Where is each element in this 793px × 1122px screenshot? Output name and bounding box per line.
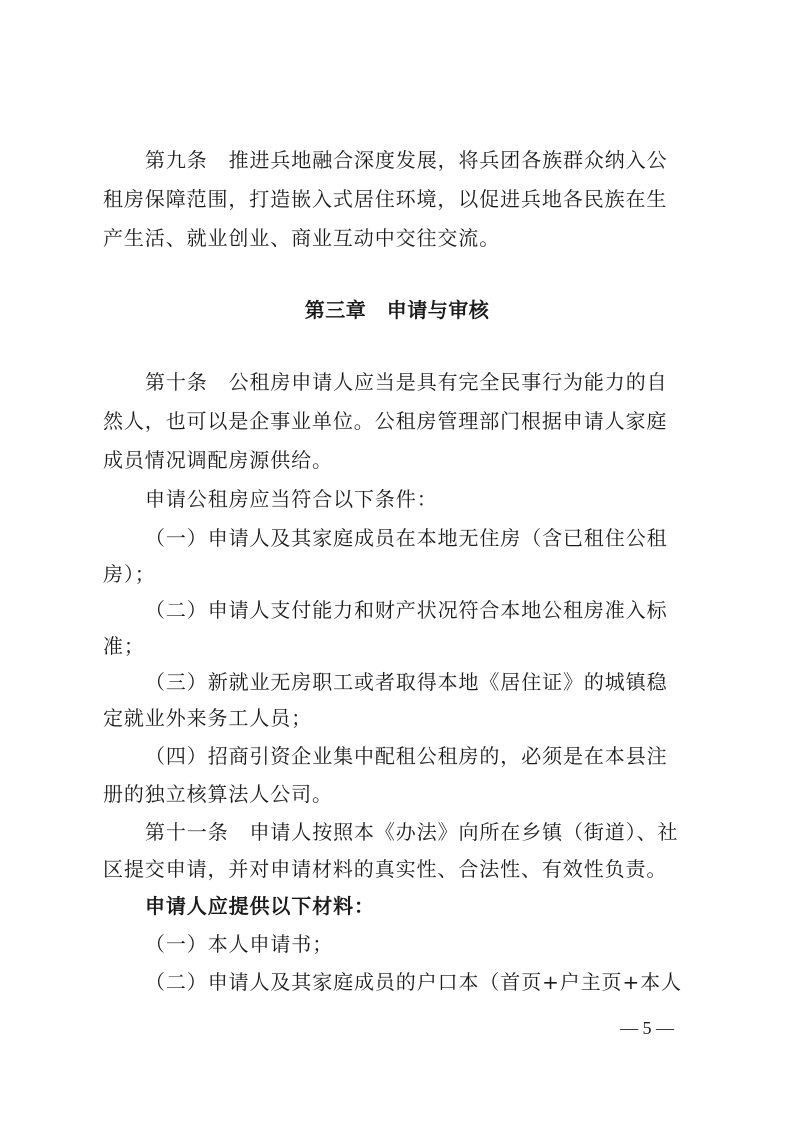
condition-4-line-2: 册的独立核算法人公司。 bbox=[103, 775, 691, 814]
condition-1-line-1: （一）申请人及其家庭成员在本地无住房（含已租住公租 bbox=[103, 519, 733, 558]
condition-3-line-1: （三）新就业无房职工或者取得本地《居住证》的城镇稳 bbox=[103, 663, 733, 702]
page-number: — 5 — bbox=[620, 1018, 674, 1039]
condition-4-line-1: （四）招商引资企业集中配租公租房的，必须是在本县注 bbox=[103, 737, 733, 776]
article-10-line-3: 成员情况调配房源供给。 bbox=[103, 441, 691, 480]
article-11-line-1: 第十一条 申请人按照本《办法》向所在乡镇（街道）、社 bbox=[103, 813, 733, 852]
condition-2-line-1: （二）申请人支付能力和财产状况符合本地公租房准入标 bbox=[103, 591, 733, 630]
article-10-line-1: 第十条 公租房申请人应当是具有完全民事行为能力的自 bbox=[103, 363, 733, 402]
material-2-line-1: （二）申请人及其家庭成员的户口本（首页+户主页+本人 bbox=[103, 963, 733, 1002]
materials-heading: 申请人应提供以下材料： bbox=[103, 887, 733, 926]
material-1: （一）本人申请书； bbox=[103, 925, 733, 964]
article-10-line-2: 然人，也可以是企事业单位。公租房管理部门根据申请人家庭 bbox=[103, 402, 691, 441]
chapter-heading: 第三章 申请与审核 bbox=[103, 291, 691, 330]
conditions-intro: 申请公租房应当符合以下条件： bbox=[103, 480, 733, 519]
condition-1-line-2: 房）； bbox=[103, 555, 691, 594]
article-9-line-1: 第九条 推进兵地融合深度发展，将兵团各族群众纳入公 bbox=[103, 141, 733, 180]
article-11-line-2: 区提交申请，并对申请材料的真实性、合法性、有效性负责。 bbox=[103, 850, 691, 889]
article-9-line-3: 产生活、就业创业、商业互动中交往交流。 bbox=[103, 219, 691, 258]
article-9-line-2: 租房保障范围，打造嵌入式居住环境，以促进兵地各民族在生 bbox=[103, 180, 691, 219]
condition-2-line-2: 准； bbox=[103, 627, 691, 666]
condition-3-line-2: 定就业外来务工人员； bbox=[103, 699, 691, 738]
